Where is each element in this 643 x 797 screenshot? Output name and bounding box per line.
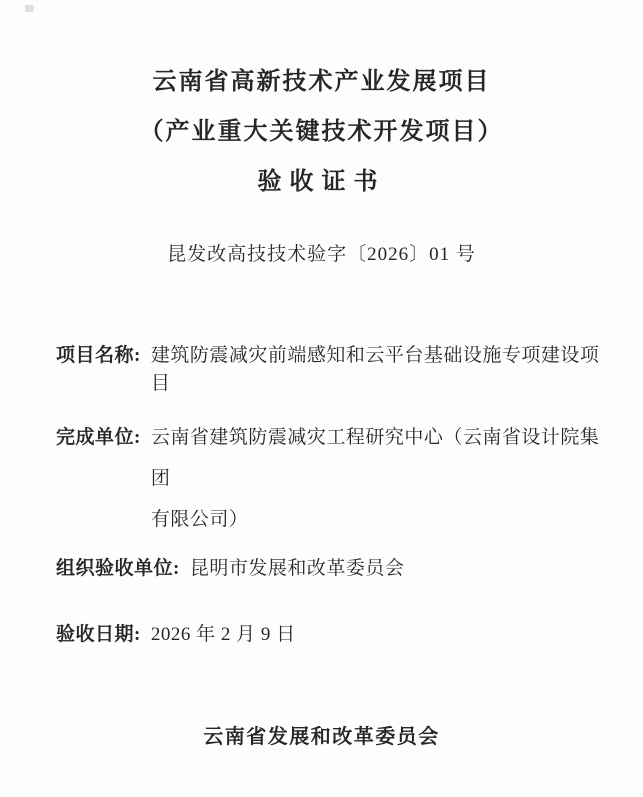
- certificate-title-line-1: 云南省高新技术产业发展项目: [0, 64, 643, 100]
- completion-unit-value-line-2: 有限公司）: [151, 499, 603, 540]
- field-acceptance-org: 组织验收单位: 昆明市发展和改革委员会: [56, 555, 603, 583]
- acceptance-org-label: 组织验收单位:: [56, 555, 180, 583]
- certificate-title-block: 云南省高新技术产业发展项目 （产业重大关键技术开发项目） 验收证书: [0, 0, 643, 200]
- certificate-fields: 项目名称: 建筑防震减灾前端感知和云平台基础设施专项建设项目 完成单位: 云南省…: [56, 342, 603, 649]
- project-name-value: 建筑防震减灾前端感知和云平台基础设施专项建设项目: [151, 342, 603, 398]
- completion-unit-label: 完成单位:: [56, 417, 141, 458]
- acceptance-date-value: 2026 年 2 月 9 日: [151, 621, 296, 649]
- certificate-page: 云南省高新技术产业发展项目 （产业重大关键技术开发项目） 验收证书 昆发改高技技…: [0, 0, 643, 797]
- field-project-name: 项目名称: 建筑防震减灾前端感知和云平台基础设施专项建设项目: [56, 342, 603, 398]
- issuer-name: 云南省发展和改革委员会: [0, 721, 643, 753]
- document-number: 昆发改高技技术验字〔2026〕01 号: [0, 241, 643, 269]
- field-acceptance-date: 验收日期: 2026 年 2 月 9 日: [56, 621, 603, 649]
- acceptance-date-label: 验收日期:: [56, 621, 141, 649]
- completion-unit-value-line-1: 云南省建筑防震减灾工程研究中心（云南省设计院集团: [151, 417, 603, 499]
- certificate-title-line-2: （产业重大关键技术开发项目）: [0, 114, 643, 150]
- scan-artifact: [25, 5, 34, 12]
- completion-unit-value: 云南省建筑防震减灾工程研究中心（云南省设计院集团 有限公司）: [151, 417, 603, 540]
- acceptance-org-value: 昆明市发展和改革委员会: [190, 555, 405, 583]
- certificate-title-line-3: 验收证书: [0, 164, 643, 200]
- project-name-label: 项目名称:: [56, 342, 141, 370]
- field-completion-unit: 完成单位: 云南省建筑防震减灾工程研究中心（云南省设计院集团 有限公司）: [56, 417, 603, 540]
